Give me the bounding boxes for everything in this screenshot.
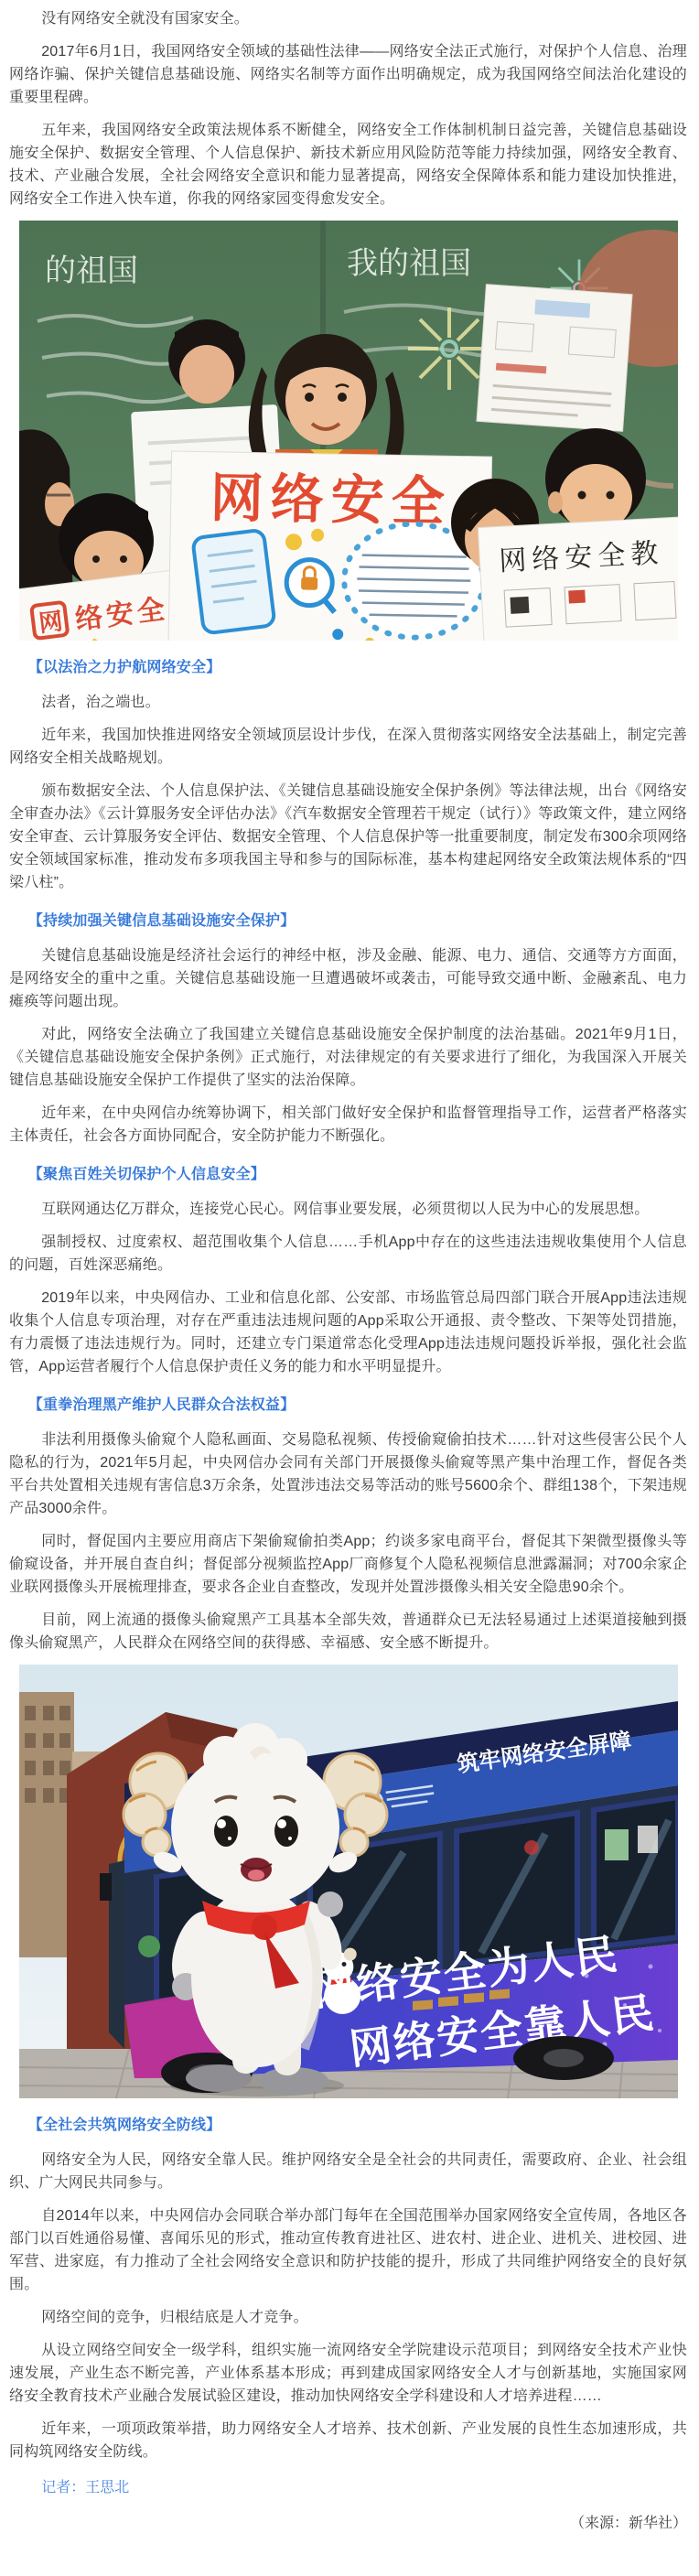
section-heading-whole-society: 【全社会共筑网络安全防线】 — [9, 2114, 687, 2137]
body-paragraph: 2019年以来，中央网信办、工业和信息化部、公安部、市场监管总局四部门联合开展A… — [9, 1287, 687, 1378]
body-paragraph: 非法利用摄像头偷窥个人隐私画面、交易隐私视频、传授偷窥偷拍技术……针对这些侵害公… — [9, 1428, 687, 1520]
body-paragraph: 从设立网络空间安全一级学科，组织实施一流网络安全学院建设示范项目；到网络安全技术… — [9, 2339, 687, 2408]
body-paragraph: 目前，网上流通的摄像头偷窥黑产工具基本全部失效，普通群众已无法轻易通过上述渠道接… — [9, 1609, 687, 1654]
mascot-mouth — [241, 1858, 272, 1881]
body-paragraph: 同时，督促国内主要应用商店下架偷窥偷拍类App；约谈多家电商平台，督促其下架微型… — [9, 1530, 687, 1599]
body-paragraph: 网络安全为人民，网络安全靠人民。维护网络安全是全社会的共同责任，需要政府、企业、… — [9, 2149, 687, 2194]
chalk-text: 我的祖国 — [347, 246, 471, 281]
body-paragraph: 颁布数据安全法、个人信息保护法、《关键信息基础设施安全保护条例》等法律法规，出台… — [9, 780, 687, 894]
body-paragraph: 自2014年以来，中央网信办会同联合举办部门每年在全国范围举办国家网络安全宣传周… — [9, 2204, 687, 2296]
section-heading-black-market: 【重拳治理黑产维护人民群众合法权益】 — [9, 1394, 687, 1417]
photo-classroom-posters: 的祖国 我的祖国 — [19, 221, 678, 641]
body-paragraph: 对此，网络安全法确立了我国建立关键信息基础设施安全保护制度的法治基础。2021年… — [9, 1023, 687, 1092]
section-heading-rule-of-law: 【以法治之力护航网络安全】 — [9, 656, 687, 679]
window-sticker — [524, 1840, 539, 1855]
poster-right: 网络安全教 — [478, 517, 678, 641]
body-paragraph: 近年来，一项项政策举措，助力网络安全人才培养、技术创新、产业发展的良性生态加速形… — [9, 2418, 687, 2463]
green-badge — [138, 1935, 160, 1957]
photo-security-bus-mascot: ★ 安全防线 筑牢网络安全屏障 — [19, 1665, 678, 2098]
body-paragraph: 互联网通达亿万群众，连接党心民心。网信事业要发展，必须贯彻以人民为中心的发展思想… — [9, 1198, 687, 1221]
body-paragraph: 近年来，在中央网信办统筹协调下，相关部门做好安全保护和监督管理指导工作，运营者严… — [9, 1102, 687, 1148]
section-heading-critical-infrastructure: 【持续加强关键信息基础设施安全保护】 — [9, 910, 687, 932]
article-body: 没有网络安全就没有国家安全。 2017年6月1日，我国网络安全领域的基础性法律—… — [0, 0, 699, 2535]
body-paragraph: 关键信息基础设施是经济社会运行的神经中枢，涉及金融、能源、电力、通信、交通等方方… — [9, 944, 687, 1013]
rear-wheel-hub — [543, 2049, 584, 2067]
side-mirror — [100, 1873, 112, 1901]
reporter-byline: 记者：王思北 — [9, 2476, 687, 2499]
poster-center-main: 网络安全 — [167, 451, 491, 641]
intro-paragraph: 没有网络安全就没有国家安全。 — [9, 7, 687, 30]
body-paragraph: 近年来，我国加快推进网络安全领域顶层设计步伐，在深入贯彻落实网络安全法基础上，制… — [9, 724, 687, 770]
chalk-text: 的祖国 — [45, 253, 138, 288]
body-paragraph: 法者，治之端也。 — [9, 691, 687, 714]
intro-paragraph: 五年来，我国网络安全政策法规体系不断健全，网络安全工作体制机制日益完善，关键信息… — [9, 119, 687, 210]
section-heading-personal-info: 【聚焦百姓关切保护个人信息安全】 — [9, 1163, 687, 1186]
window-sticker — [638, 1826, 658, 1853]
poster-board-upper-right — [476, 285, 631, 432]
poster-main-title: 网络安全 — [210, 469, 452, 533]
body-paragraph: 强制授权、过度索权、超范围收集个人信息……手机App中存在的这些违法违规收集使用… — [9, 1231, 687, 1277]
mascot-head — [171, 1749, 339, 1906]
body-paragraph: 网络空间的竞争，归根结底是人才竞争。 — [9, 2306, 687, 2329]
poster-left-boxed-char: 网 — [37, 607, 63, 637]
window-sticker — [605, 1829, 629, 1860]
source-credit: （来源：新华社） — [9, 2512, 687, 2535]
intro-paragraph: 2017年6月1日，我国网络安全领域的基础性法律——网络安全法正式施行，对保护个… — [9, 40, 687, 109]
